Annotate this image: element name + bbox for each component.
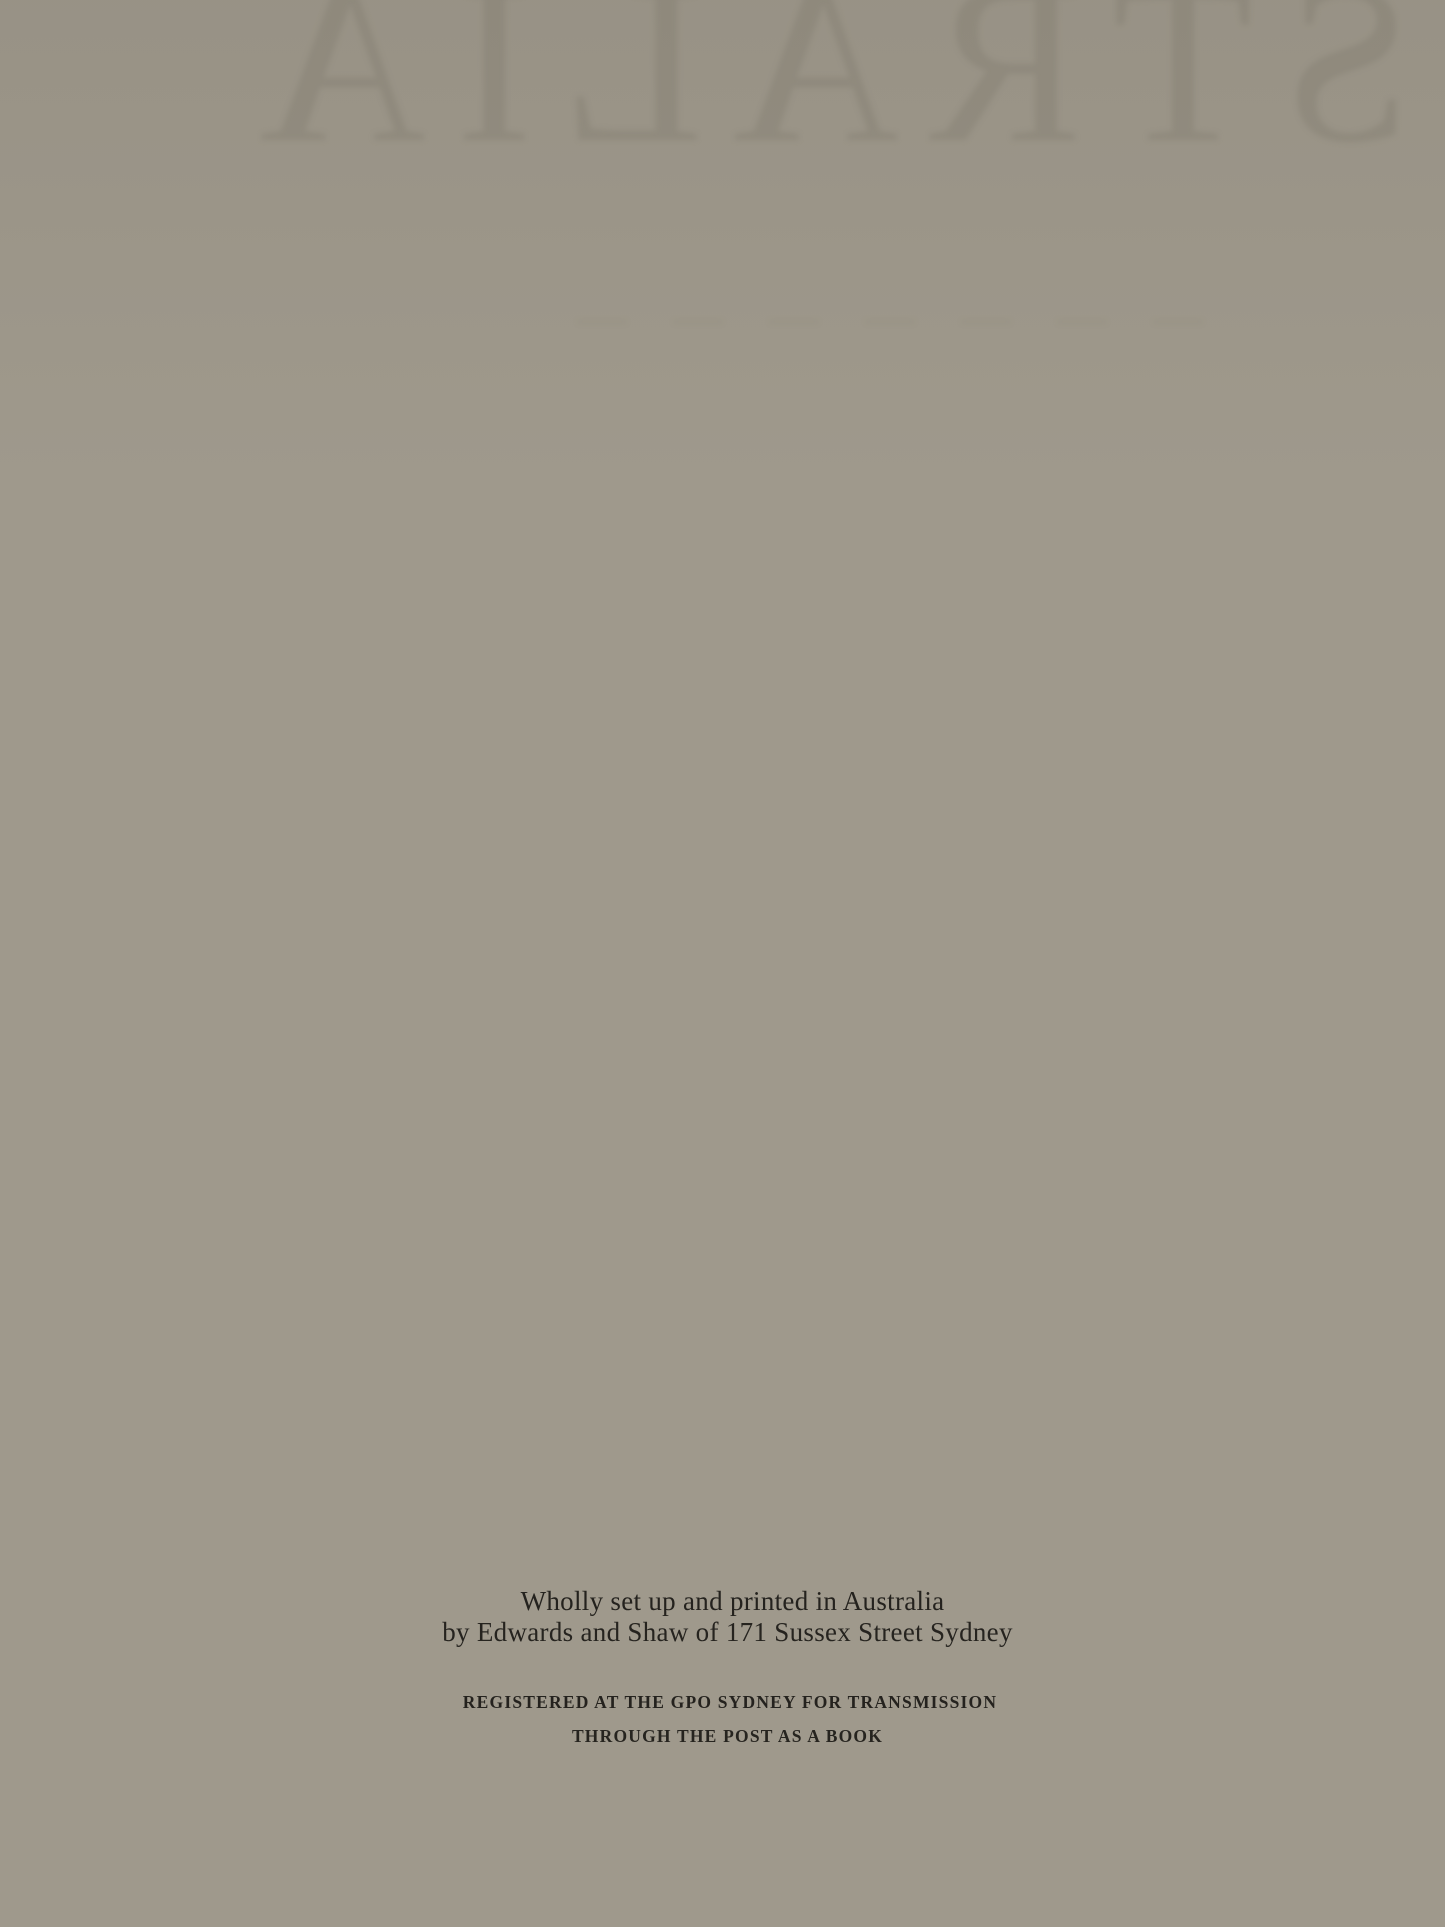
notice-line-registered: Registered at the GPO Sydney for transmi… (0, 1685, 1445, 1719)
reverse-side-bleed-through-title: AUSTRALIA (230, 0, 1445, 195)
reverse-side-bleed-through-subtitle: — — — — — — — (560, 290, 1202, 345)
notice-line-transmission: through the post as a book (0, 1719, 1445, 1753)
book-page: AUSTRALIA — — — — — — — Wholly set up an… (0, 0, 1445, 1927)
imprint-line-printed-in: Wholly set up and printed in Australia (0, 1586, 1445, 1617)
printer-imprint: Wholly set up and printed in Australia b… (0, 1586, 1445, 1648)
postal-registration-notice: Registered at the GPO Sydney for transmi… (0, 1685, 1445, 1753)
imprint-line-printer-address: by Edwards and Shaw of 171 Sussex Street… (0, 1617, 1445, 1648)
